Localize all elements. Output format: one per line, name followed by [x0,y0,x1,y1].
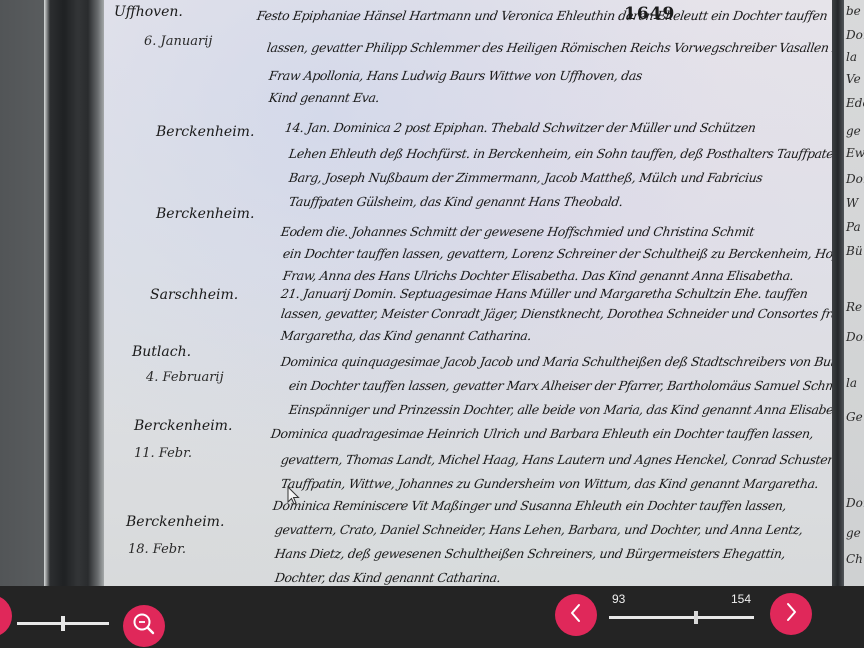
page-slider-track[interactable] [609,616,754,619]
entry-line: Festo Epiphaniae Hänsel Hartmann und Ver… [256,8,828,23]
adjacent-fragment: Ede [846,96,864,110]
entry-line: ein Dochter tauffen lassen, gevatter Mar… [288,378,849,393]
chevron-right-icon [783,601,799,627]
manuscript-page: 1649 Uffhoven. 6. Januarij Festo Epiphan… [104,0,834,586]
adjacent-fragment: Ge [846,410,863,424]
adjacent-fragment: Domi [846,172,864,186]
entry-date: 18. Febr. [128,542,186,557]
entry-line: Eodem die. Johannes Schmitt der gewesene… [280,224,755,239]
entry-line: Fraw Apollonia, Hans Ludwig Baurs Wittwe… [268,68,643,83]
entry-date: 6. Januarij [144,34,212,49]
entry-line: Dominica quadragesimae Heinrich Ulrich u… [270,426,814,441]
entry-line: Dominica quinquagesimae Jacob Jacob und … [280,354,861,369]
page-range-start: 93 [612,592,625,606]
entry-line: gevattern, Thomas Landt, Michel Haag, Ha… [280,452,834,467]
entry-line: Fraw, Anna des Hans Ulrichs Dochter Elis… [282,268,795,283]
adjacent-fragment: Ew [846,146,864,160]
entry-place: Sarschheim. [150,287,238,303]
entry-line: 21. Januarij Domin. Septuagesimae Hans M… [280,286,809,301]
adjacent-fragment: Pa [846,220,861,234]
chevron-left-icon [568,602,584,628]
adjacent-fragment: W [846,196,858,210]
adjacent-fragment: Dom [846,496,864,510]
entry-line: Margaretha, das Kind genannt Catharina. [280,328,532,343]
zoom-in-button[interactable] [0,595,12,637]
adjacent-fragment: Don [846,28,864,42]
entry-line: Einspänniger und Prinzessin Dochter, all… [288,402,857,417]
entry-line: Kind genannt Eva. [268,90,380,105]
next-page-button[interactable] [770,593,812,635]
entry-line: lassen, gevatter Philipp Schlemmer des H… [266,40,864,55]
page-range-end: 154 [731,592,751,606]
adjacent-fragment: la [846,376,857,390]
zoom-slider-thumb[interactable] [61,616,65,631]
adjacent-fragment: Ch [846,552,863,566]
entry-line: 14. Jan. Dominica 2 post Epiphan. Thebal… [284,120,757,135]
adjacent-fragment: Ve [846,72,861,86]
entry-line: Tauffpaten Gülsheim, das Kind genannt Ha… [288,194,624,209]
entry-line: Dochter, das Kind genannt Catharina. [274,570,501,585]
adjacent-fragment: ge [846,526,861,540]
entry-place: Butlach. [132,344,191,360]
entry-place: Uffhoven. [114,4,183,20]
adjacent-fragment: be [846,4,861,18]
entry-line: Barg, Joseph Nußbaum der Zimmermann, Jac… [288,170,763,185]
previous-page-button[interactable] [555,594,597,636]
entry-line: Dominica Reminiscere Vit Maßinger und Su… [272,498,787,513]
entry-line: Tauffpatin, Wittwe, Johannes zu Gundersh… [280,476,819,491]
entry-place: Berckenheim. [156,206,254,222]
adjacent-fragment: Re [846,300,862,314]
entry-place: Berckenheim. [126,514,224,530]
adjacent-fragment: Dom [846,330,864,344]
entry-place: Berckenheim. [134,418,232,434]
page-slider-thumb[interactable] [694,611,698,624]
entry-place: Berckenheim. [156,124,254,140]
document-viewport[interactable]: 1649 Uffhoven. 6. Januarij Festo Epiphan… [0,0,864,586]
entry-date: 4. Februarij [146,370,224,385]
zoom-out-button[interactable] [123,605,165,647]
viewer-background [0,0,50,586]
viewer-toolbar: 93 154 [0,586,864,648]
page-gutter [832,0,844,586]
zoom-out-icon [131,611,157,641]
entry-line: ein Dochter tauffen lassen, gevattern, L… [282,246,864,261]
adjacent-fragment: ge [846,124,861,138]
book-binding [44,0,106,586]
entry-date: 11. Febr. [134,446,192,461]
entry-line: gevattern, Crato, Daniel Schneider, Hans… [274,522,804,537]
adjacent-page: be Don la Ve Ede ge Ew Domi W Pa Bü Re D… [844,0,864,586]
adjacent-fragment: Bü [846,244,863,258]
entry-line: lassen, gevatter, Meister Conradt Jäger,… [280,306,850,321]
entry-line: Hans Dietz, deß gewesenen Schultheißen S… [274,546,786,561]
entry-line: Lehen Ehleuth deß Hochfürst. in Berckenh… [288,146,864,161]
adjacent-fragment: la [846,50,857,64]
